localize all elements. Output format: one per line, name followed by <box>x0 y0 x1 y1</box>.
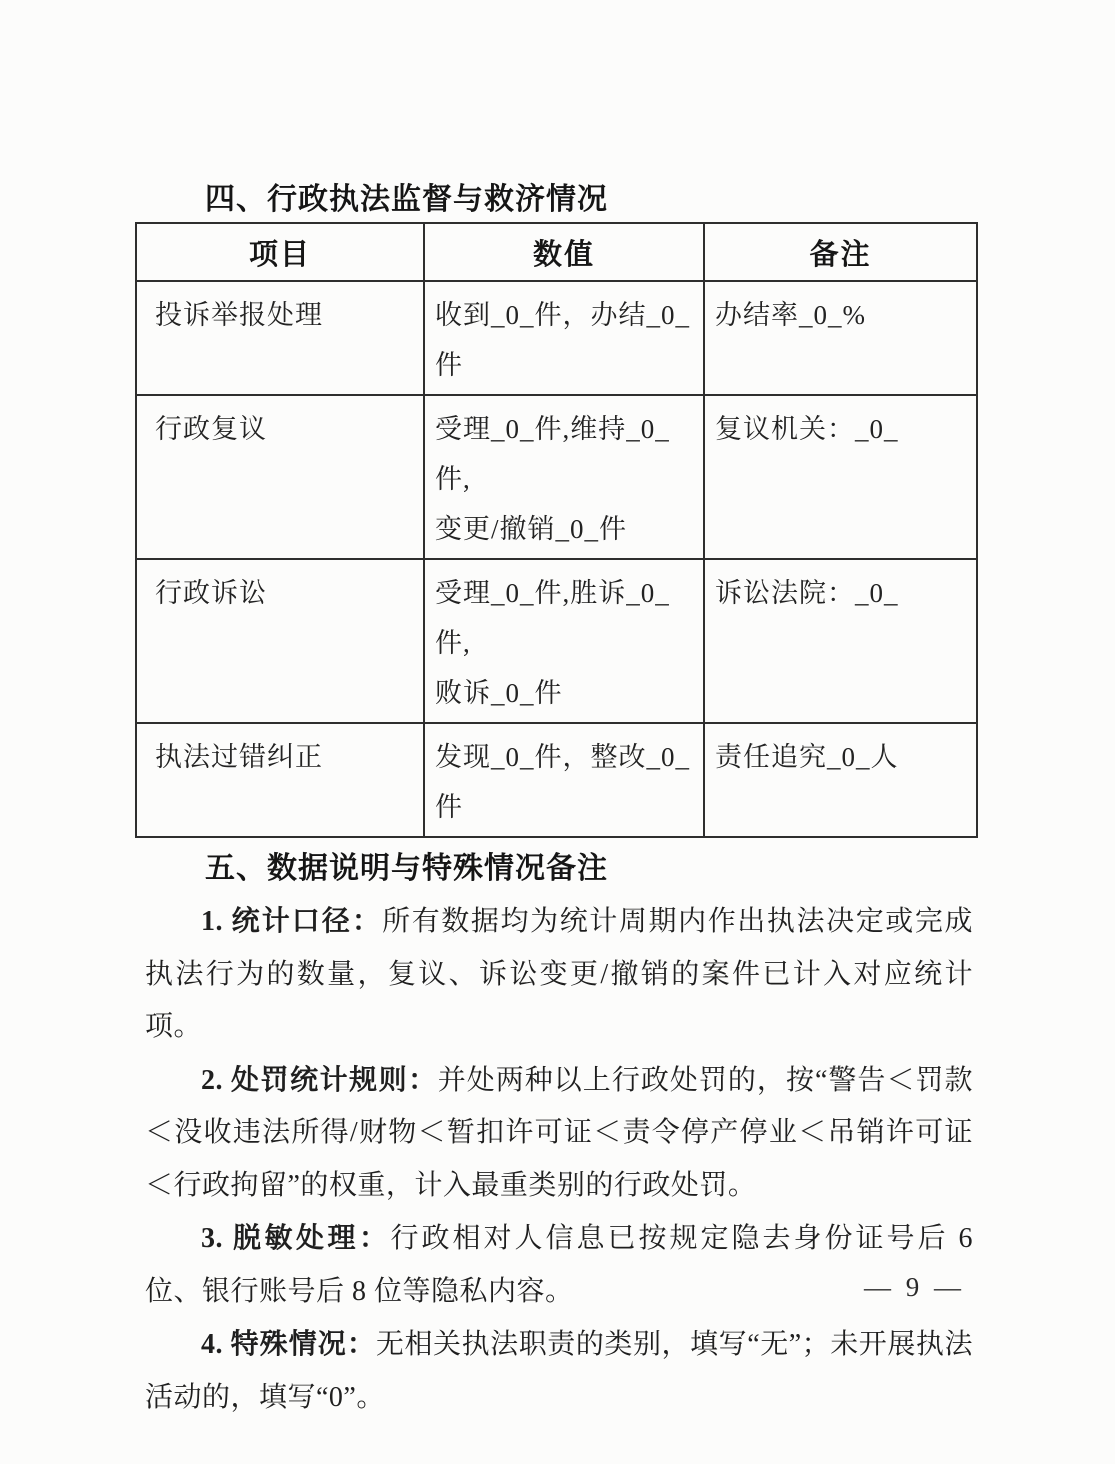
row-value: 受理_0_件,胜诉_0_件, 败诉_0_件 <box>424 559 704 723</box>
note-paragraph-4: 4. 特殊情况：无相关执法职责的类别，填写“无”；未开展执法活动的，填写“0”。 <box>145 1318 973 1424</box>
paragraph-label: 脱敏处理： <box>233 1222 391 1253</box>
row-value: 受理_0_件,维持_0_件, 变更/撤销_0_件 <box>424 395 704 559</box>
page-number: — 9 — <box>864 1272 965 1303</box>
table-row: 行政复议 受理_0_件,维持_0_件, 变更/撤销_0_件 复议机关：_0_ <box>136 395 977 559</box>
section-4-heading: 四、行政执法监督与救济情况 <box>205 184 1115 216</box>
paragraph-label: 特殊情况： <box>231 1328 376 1359</box>
table-row: 行政诉讼 受理_0_件,胜诉_0_件, 败诉_0_件 诉讼法院：_0_ <box>136 559 977 723</box>
table-header-row: 项目 数值 备注 <box>136 223 977 281</box>
header-value: 数值 <box>424 223 704 281</box>
paragraph-number: 3. <box>201 1223 223 1254</box>
row-value: 收到_0_件，办结_0_件 <box>424 281 704 395</box>
table-row: 投诉举报处理 收到_0_件，办结_0_件 办结率_0_% <box>136 281 977 395</box>
row-note: 办结率_0_% <box>704 281 977 395</box>
supervision-table: 项目 数值 备注 投诉举报处理 收到_0_件，办结_0_件 办结率_0_% 行政… <box>135 222 978 838</box>
row-note: 复议机关：_0_ <box>704 395 977 559</box>
row-note: 诉讼法院：_0_ <box>704 559 977 723</box>
note-paragraph-1: 1. 统计口径：所有数据均为统计周期内作出执法决定或完成执法行为的数量，复议、诉… <box>145 895 973 1054</box>
paragraph-number: 4. <box>201 1329 223 1360</box>
table-row: 执法过错纠正 发现_0_件，整改_0_件 责任追究_0_人 <box>136 723 977 837</box>
row-item: 行政诉讼 <box>136 559 424 723</box>
document-page: 四、行政执法监督与救济情况 项目 数值 备注 投诉举报处理 收到_0_件，办结_… <box>0 0 1115 1464</box>
note-paragraph-2: 2. 处罚统计规则：并处两种以上行政处罚的，按“警告＜罚款＜没收违法所得/财物＜… <box>145 1054 973 1213</box>
header-note: 备注 <box>704 223 977 281</box>
paragraph-label: 统计口径： <box>232 905 383 936</box>
row-value: 发现_0_件，整改_0_件 <box>424 723 704 837</box>
paragraph-number: 1. <box>201 906 223 937</box>
row-note: 责任追究_0_人 <box>704 723 977 837</box>
paragraph-label: 处罚统计规则： <box>231 1064 438 1095</box>
section-5-heading: 五、数据说明与特殊情况备注 <box>205 853 1115 885</box>
notes-block: 1. 统计口径：所有数据均为统计周期内作出执法决定或完成执法行为的数量，复议、诉… <box>145 895 973 1424</box>
row-item: 行政复议 <box>136 395 424 559</box>
note-paragraph-3: 3. 脱敏处理：行政相对人信息已按规定隐去身份证号后 6 位、银行账号后 8 位… <box>145 1212 973 1318</box>
header-item: 项目 <box>136 223 424 281</box>
row-item: 执法过错纠正 <box>136 723 424 837</box>
paragraph-number: 2. <box>201 1065 223 1096</box>
row-item: 投诉举报处理 <box>136 281 424 395</box>
